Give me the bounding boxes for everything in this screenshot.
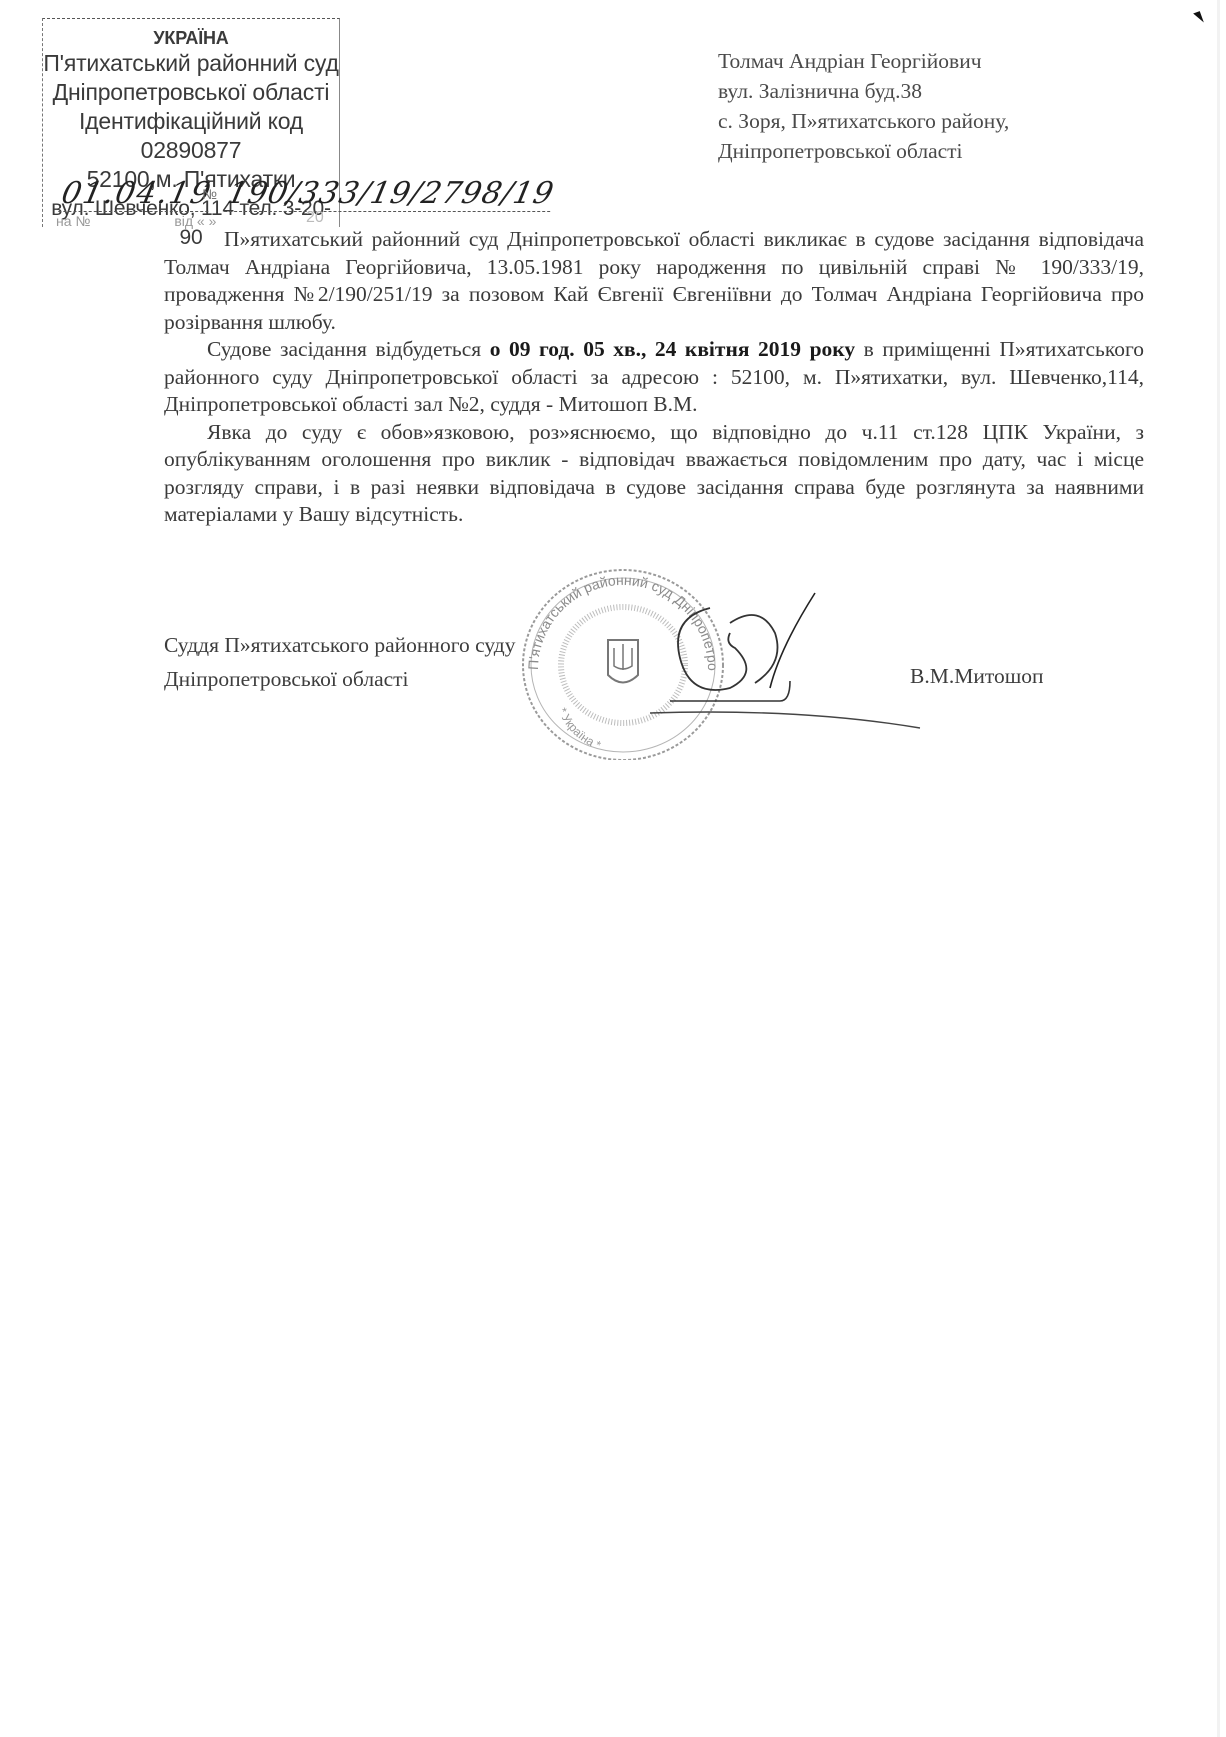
signature-icon: [650, 588, 1110, 738]
stamp-region: Дніпропетровської області: [43, 78, 339, 107]
stamp-year: 20: [306, 209, 324, 227]
judge-name: В.М.Митошоп: [910, 664, 1044, 689]
stamp-id-code: Ідентифікаційний код 02890877: [43, 107, 339, 165]
addressee-block: Толмач Андріан Георгійович вул. Залізнич…: [718, 46, 1009, 166]
paragraph-hearing: Судове засідання відбудеться о 09 год. 0…: [164, 336, 1144, 419]
addressee-street: вул. Залізнична буд.38: [718, 76, 1009, 106]
stamp-reply-to-label: на №: [56, 213, 90, 229]
stamp-country: УКРАЇНА: [43, 19, 339, 49]
addressee-village: с. Зоря, П»ятихатського району,: [718, 106, 1009, 136]
registration-date: 01.04.19: [58, 176, 215, 212]
corner-mark-icon: [1193, 11, 1204, 25]
judge-title-line2: Дніпропетровської області: [164, 662, 515, 696]
summons-body: П»ятихатський районний суд Дніпропетровс…: [164, 226, 1144, 529]
document-page: УКРАЇНА П'ятихатський районний суд Дніпр…: [0, 0, 1226, 1737]
svg-text:* Україна *: * Україна *: [555, 706, 603, 753]
registration-number-sign: №: [202, 186, 217, 202]
paragraph-attendance: Явка до суду є обов»язковою, роз»яснюємо…: [164, 419, 1144, 529]
judge-title-line1: Суддя П»ятихатського районного суду: [164, 628, 515, 662]
registration-handwritten: 01.04.19 № 190/333/19/2798/19: [52, 176, 612, 212]
judge-title: Суддя П»ятихатського районного суду Дніп…: [164, 628, 515, 696]
stamp-court-name: П'ятихатський районний суд: [43, 49, 339, 78]
page-edge: [1217, 0, 1220, 1737]
addressee-name: Толмач Андріан Георгійович: [718, 46, 1009, 76]
addressee-region: Дніпропетровської області: [718, 136, 1009, 166]
hearing-datetime: о 09 год. 05 хв., 24 квітня 2019 року: [490, 337, 855, 361]
registration-number: 190/333/19/2798/19: [224, 176, 557, 211]
paragraph-summons: П»ятихатський районний суд Дніпропетровс…: [164, 226, 1144, 336]
